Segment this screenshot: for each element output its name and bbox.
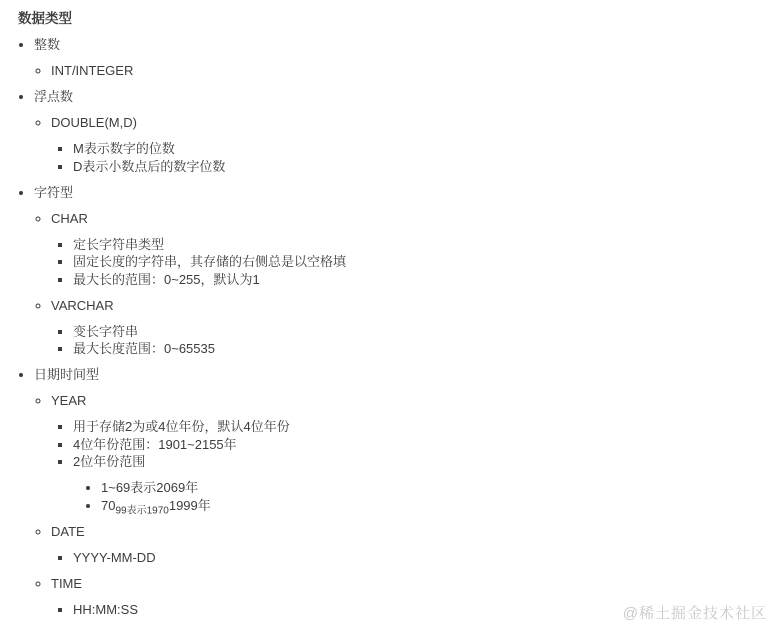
list-item-label: TIME (51, 576, 82, 591)
list-item: 1~69表示2069年 (101, 479, 751, 497)
list-item-label: HH:MM:SS (73, 602, 138, 617)
list-item-label: 4位年份范围：1901~2155年 (73, 437, 237, 452)
list-item: D表示小数点后的数字位数 (73, 158, 751, 176)
list-item-label: VARCHAR (51, 298, 114, 313)
list-item-label: DOUBLE(M,D) (51, 115, 137, 130)
list-item: 2位年份范围 1~69表示2069年 7099表示19701999年 (73, 453, 751, 514)
list-item-label: 用于存储2为或4位年份，默认4位年份 (73, 419, 290, 434)
outline-level-2: DOUBLE(M,D) M表示数字的位数 D表示小数点后的数字位数 (34, 114, 751, 175)
list-item: 4位年份范围：1901~2155年 (73, 436, 751, 454)
list-item: M表示数字的位数 (73, 140, 751, 158)
list-item-label: 最大长的范围：0~255，默认为1 (73, 272, 260, 287)
list-item-float: 浮点数 DOUBLE(M,D) M表示数字的位数 D表示小数点后的数字位数 (34, 88, 751, 175)
list-item-char: CHAR 定长字符串类型 固定长度的字符串，其存储的右侧总是以空格填 最大长的范… (51, 210, 751, 289)
list-item-string-type: 字符型 CHAR 定长字符串类型 固定长度的字符串，其存储的右侧总是以空格填 最… (34, 184, 751, 358)
list-item-label: 整数 (34, 37, 60, 52)
list-item-label: 变长字符串 (73, 324, 138, 339)
list-item-year-range-subscript: 7099表示19701999年 (101, 497, 751, 515)
list-item-varchar: VARCHAR 变长字符串 最大长度范围：0~65535 (51, 297, 751, 358)
list-item-label-subscript: 99表示1970 (115, 505, 168, 516)
watermark: @稀土掘金技术社区 (623, 602, 767, 623)
list-item: 用于存储2为或4位年份，默认4位年份 (73, 418, 751, 436)
outline-level-3: YYYY-MM-DD (51, 549, 751, 567)
outline-level-2: CHAR 定长字符串类型 固定长度的字符串，其存储的右侧总是以空格填 最大长的范… (34, 210, 751, 358)
outline-level-3: M表示数字的位数 D表示小数点后的数字位数 (51, 140, 751, 175)
page-title: 数据类型 (18, 10, 751, 28)
list-item-year: YEAR 用于存储2为或4位年份，默认4位年份 4位年份范围：1901~2155… (51, 392, 751, 514)
list-item-int-integer: INT/INTEGER (51, 62, 751, 80)
outline-level-4: 1~69表示2069年 7099表示19701999年 (73, 479, 751, 514)
list-item-label: 1~69表示2069年 (101, 480, 198, 495)
list-item-label: 固定长度的字符串，其存储的右侧总是以空格填 (73, 254, 346, 269)
list-item: 最大长的范围：0~255，默认为1 (73, 271, 751, 289)
list-item-label: 日期时间型 (34, 367, 99, 382)
article-body: 数据类型 整数 INT/INTEGER 浮点数 DOUBLE(M,D) M表示数… (0, 0, 771, 618)
outline-level-2: INT/INTEGER (34, 62, 751, 80)
list-item-integer: 整数 INT/INTEGER (34, 36, 751, 80)
list-item-label: 2位年份范围 (73, 454, 145, 469)
list-item: 固定长度的字符串，其存储的右侧总是以空格填 (73, 253, 751, 271)
outline-level-1: 整数 INT/INTEGER 浮点数 DOUBLE(M,D) M表示数字的位数 (18, 36, 751, 618)
list-item-label: INT/INTEGER (51, 63, 133, 78)
list-item-label: M表示数字的位数 (73, 141, 175, 156)
list-item-label: 定长字符串类型 (73, 237, 164, 252)
list-item-double-m-d: DOUBLE(M,D) M表示数字的位数 D表示小数点后的数字位数 (51, 114, 751, 175)
list-item-label: 浮点数 (34, 89, 73, 104)
list-item-label: DATE (51, 524, 85, 539)
list-item: YYYY-MM-DD (73, 549, 751, 567)
list-item-label: CHAR (51, 211, 88, 226)
list-item-label-suffix: 1999年 (169, 498, 211, 513)
list-item-label: D表示小数点后的数字位数 (73, 159, 225, 174)
list-item-label: 最大长度范围：0~65535 (73, 341, 215, 356)
outline-level-2: YEAR 用于存储2为或4位年份，默认4位年份 4位年份范围：1901~2155… (34, 392, 751, 618)
list-item: 变长字符串 (73, 323, 751, 341)
outline-level-3: 用于存储2为或4位年份，默认4位年份 4位年份范围：1901~2155年 2位年… (51, 418, 751, 514)
list-item-label-prefix: 70 (101, 498, 115, 513)
list-item-label: YYYY-MM-DD (73, 550, 156, 565)
list-item: 定长字符串类型 (73, 236, 751, 254)
list-item: 最大长度范围：0~65535 (73, 340, 751, 358)
outline-level-3: 变长字符串 最大长度范围：0~65535 (51, 323, 751, 358)
list-item-label: YEAR (51, 393, 86, 408)
list-item-label: 字符型 (34, 185, 73, 200)
list-item-datetime-type: 日期时间型 YEAR 用于存储2为或4位年份，默认4位年份 4位年份范围：190… (34, 366, 751, 618)
outline-level-3: 定长字符串类型 固定长度的字符串，其存储的右侧总是以空格填 最大长的范围：0~2… (51, 236, 751, 289)
list-item-date: DATE YYYY-MM-DD (51, 523, 751, 567)
